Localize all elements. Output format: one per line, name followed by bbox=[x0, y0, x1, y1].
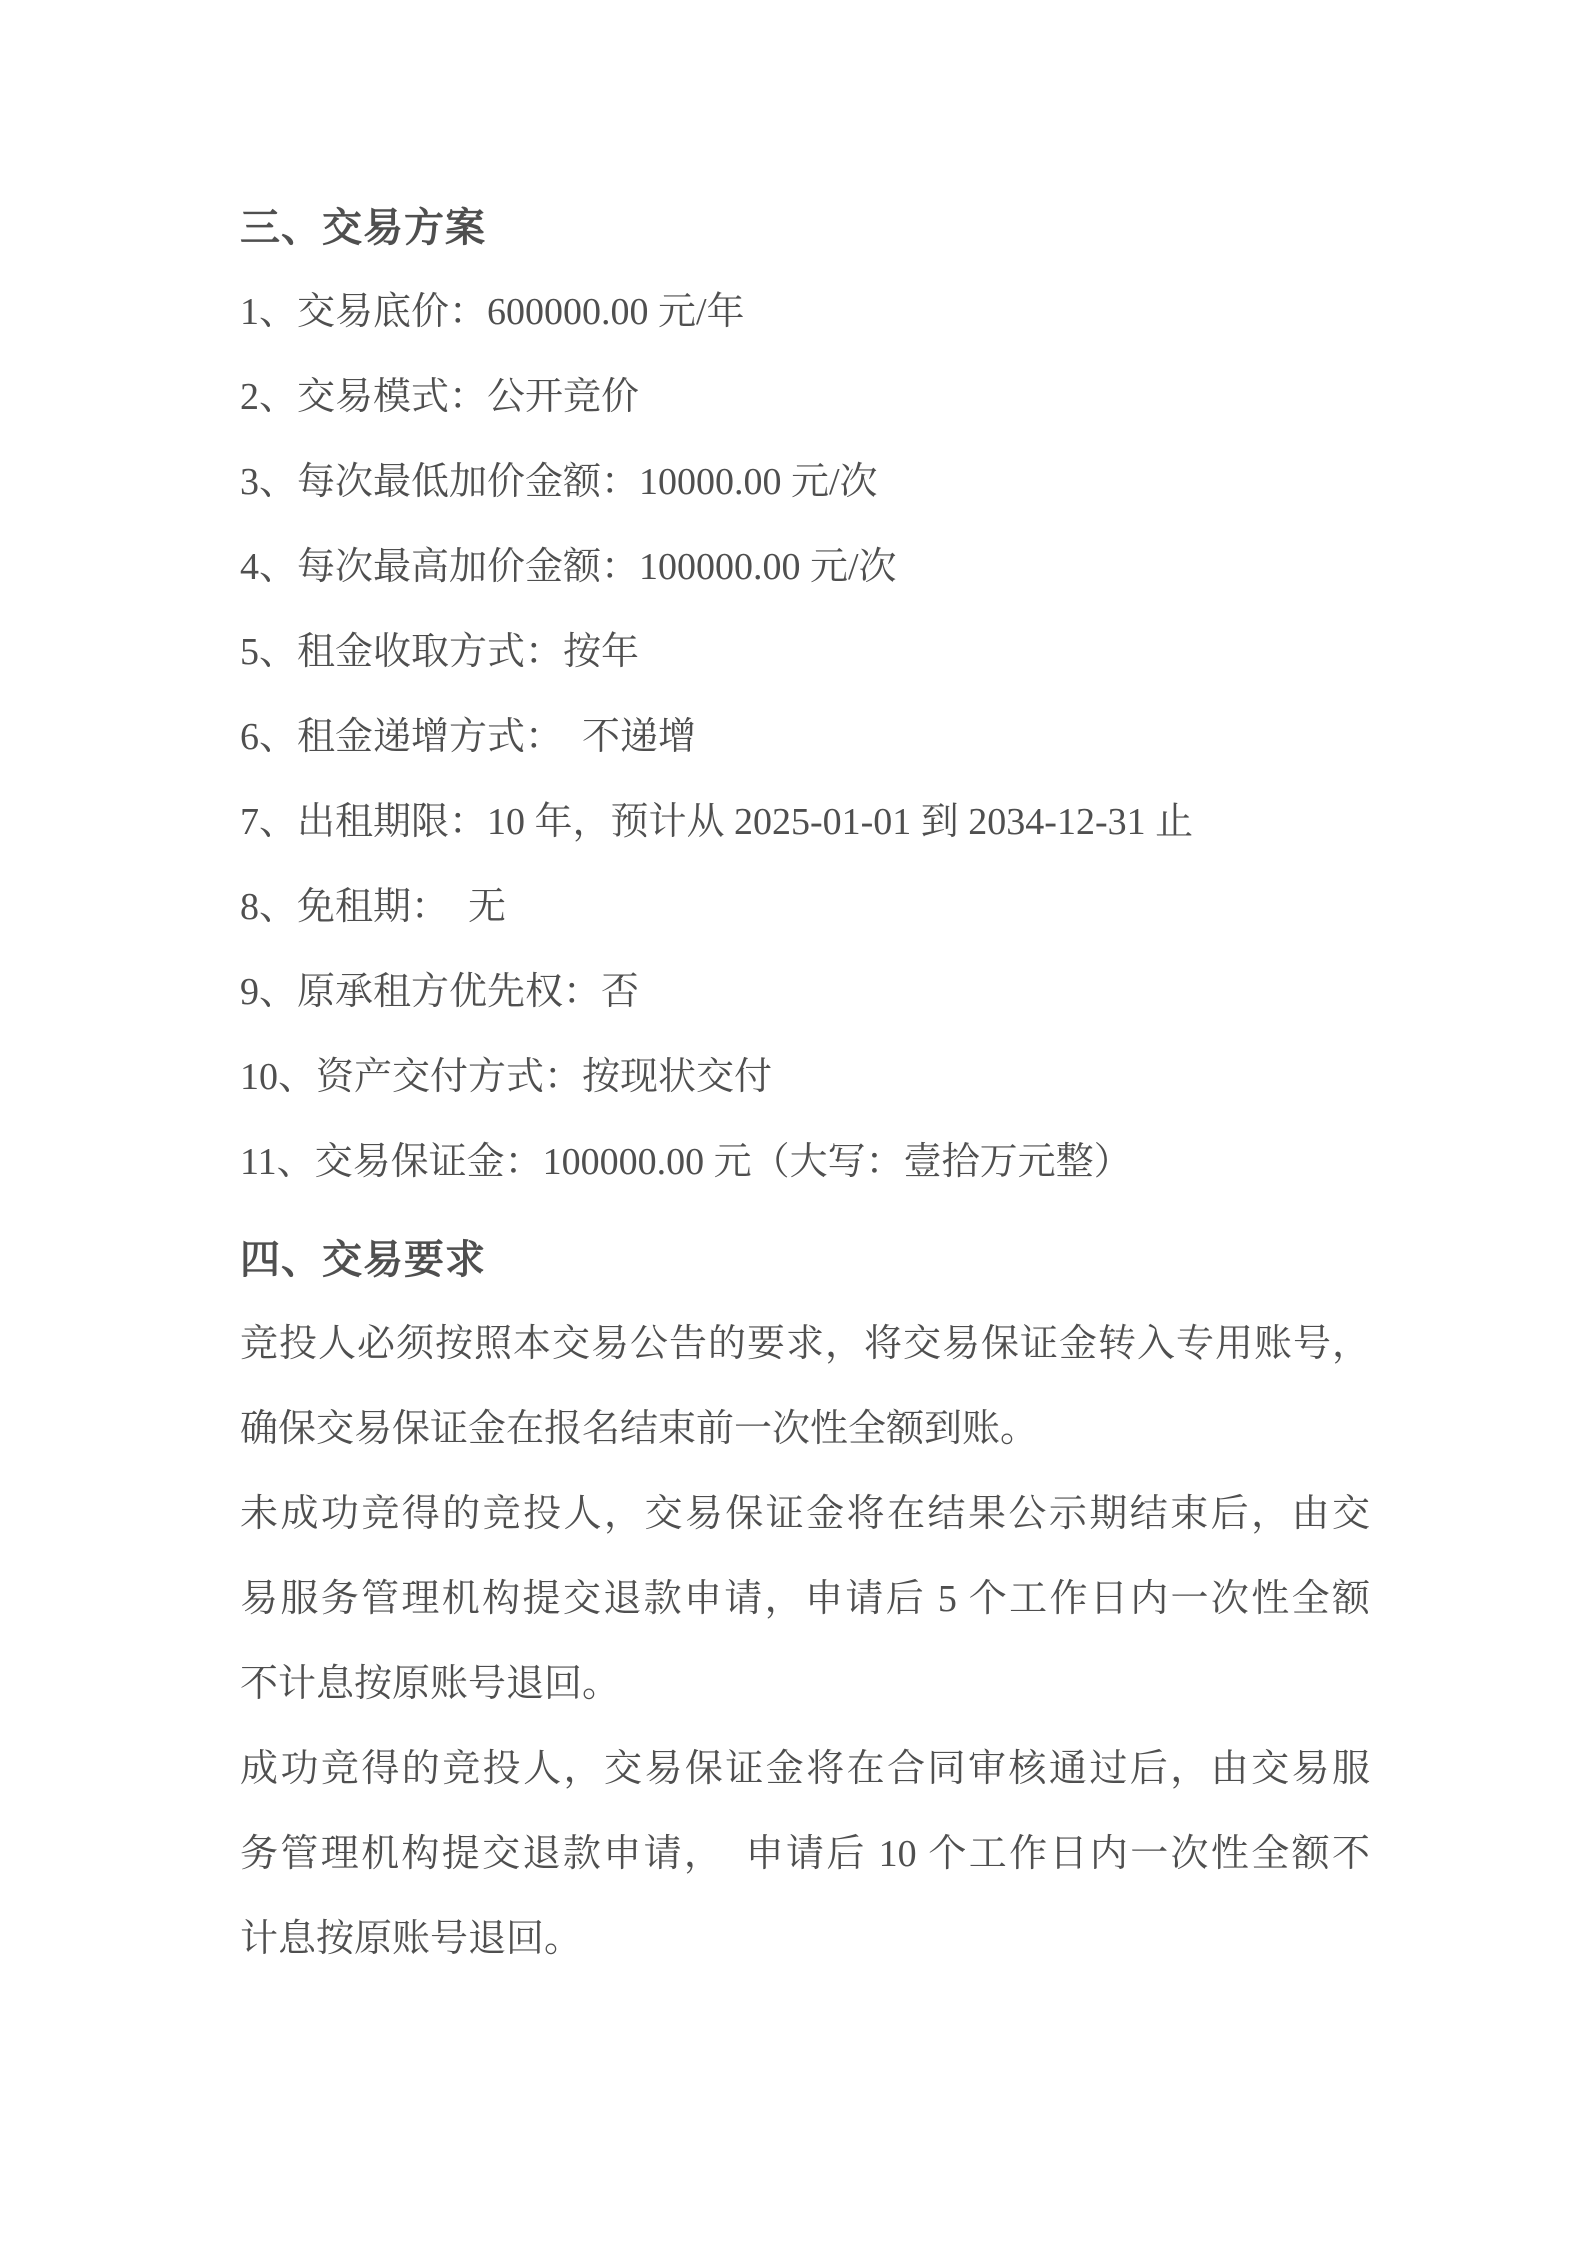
requirements-paragraph-2-line-2: 易服务管理机构提交退款申请，申请后 5 个工作日内一次性全额 bbox=[240, 1557, 1370, 1642]
requirements-paragraph-2-line-1: 未成功竞得的竞投人，交易保证金将在结果公示期结束后，由交 bbox=[240, 1472, 1370, 1557]
requirements-paragraph-3-line-3: 计息按原账号退回。 bbox=[240, 1897, 1370, 1982]
plan-item-min-increment: 3、每次最低加价金额：10000.00 元/次 bbox=[240, 440, 1370, 525]
plan-item-rent-collection: 5、租金收取方式：按年 bbox=[240, 610, 1370, 695]
requirements-paragraph-1-line-2: 确保交易保证金在报名结束前一次性全额到账。 bbox=[240, 1387, 1370, 1472]
section-heading-transaction-requirements: 四、交易要求 bbox=[240, 1217, 1370, 1302]
plan-item-max-increment: 4、每次最高加价金额：100000.00 元/次 bbox=[240, 525, 1370, 610]
plan-item-lease-term: 7、出租期限：10 年，预计从 2025-01-01 到 2034-12-31 … bbox=[240, 780, 1370, 865]
requirements-paragraph-3-line-1: 成功竞得的竞投人，交易保证金将在合同审核通过后，由交易服 bbox=[240, 1727, 1370, 1812]
plan-item-tenant-priority: 9、原承租方优先权：否 bbox=[240, 950, 1370, 1035]
plan-item-base-price: 1、交易底价：600000.00 元/年 bbox=[240, 270, 1370, 355]
requirements-paragraph-1-line-1: 竞投人必须按照本交易公告的要求，将交易保证金转入专用账号， bbox=[240, 1302, 1370, 1387]
requirements-paragraph-2-line-3: 不计息按原账号退回。 bbox=[240, 1642, 1370, 1727]
plan-item-rent-escalation: 6、租金递增方式： 不递增 bbox=[240, 695, 1370, 780]
section-heading-transaction-plan: 三、交易方案 bbox=[240, 185, 1370, 270]
plan-item-trade-mode: 2、交易模式：公开竞价 bbox=[240, 355, 1370, 440]
plan-item-deposit: 11、交易保证金：100000.00 元（大写：壹拾万元整） bbox=[240, 1120, 1370, 1205]
plan-item-asset-delivery: 10、资产交付方式：按现状交付 bbox=[240, 1035, 1370, 1120]
requirements-paragraph-3-line-2: 务管理机构提交退款申请， 申请后 10 个工作日内一次性全额不 bbox=[240, 1812, 1370, 1897]
plan-item-rent-free-period: 8、免租期： 无 bbox=[240, 865, 1370, 950]
document-page: 三、交易方案 1、交易底价：600000.00 元/年 2、交易模式：公开竞价 … bbox=[240, 185, 1370, 1982]
